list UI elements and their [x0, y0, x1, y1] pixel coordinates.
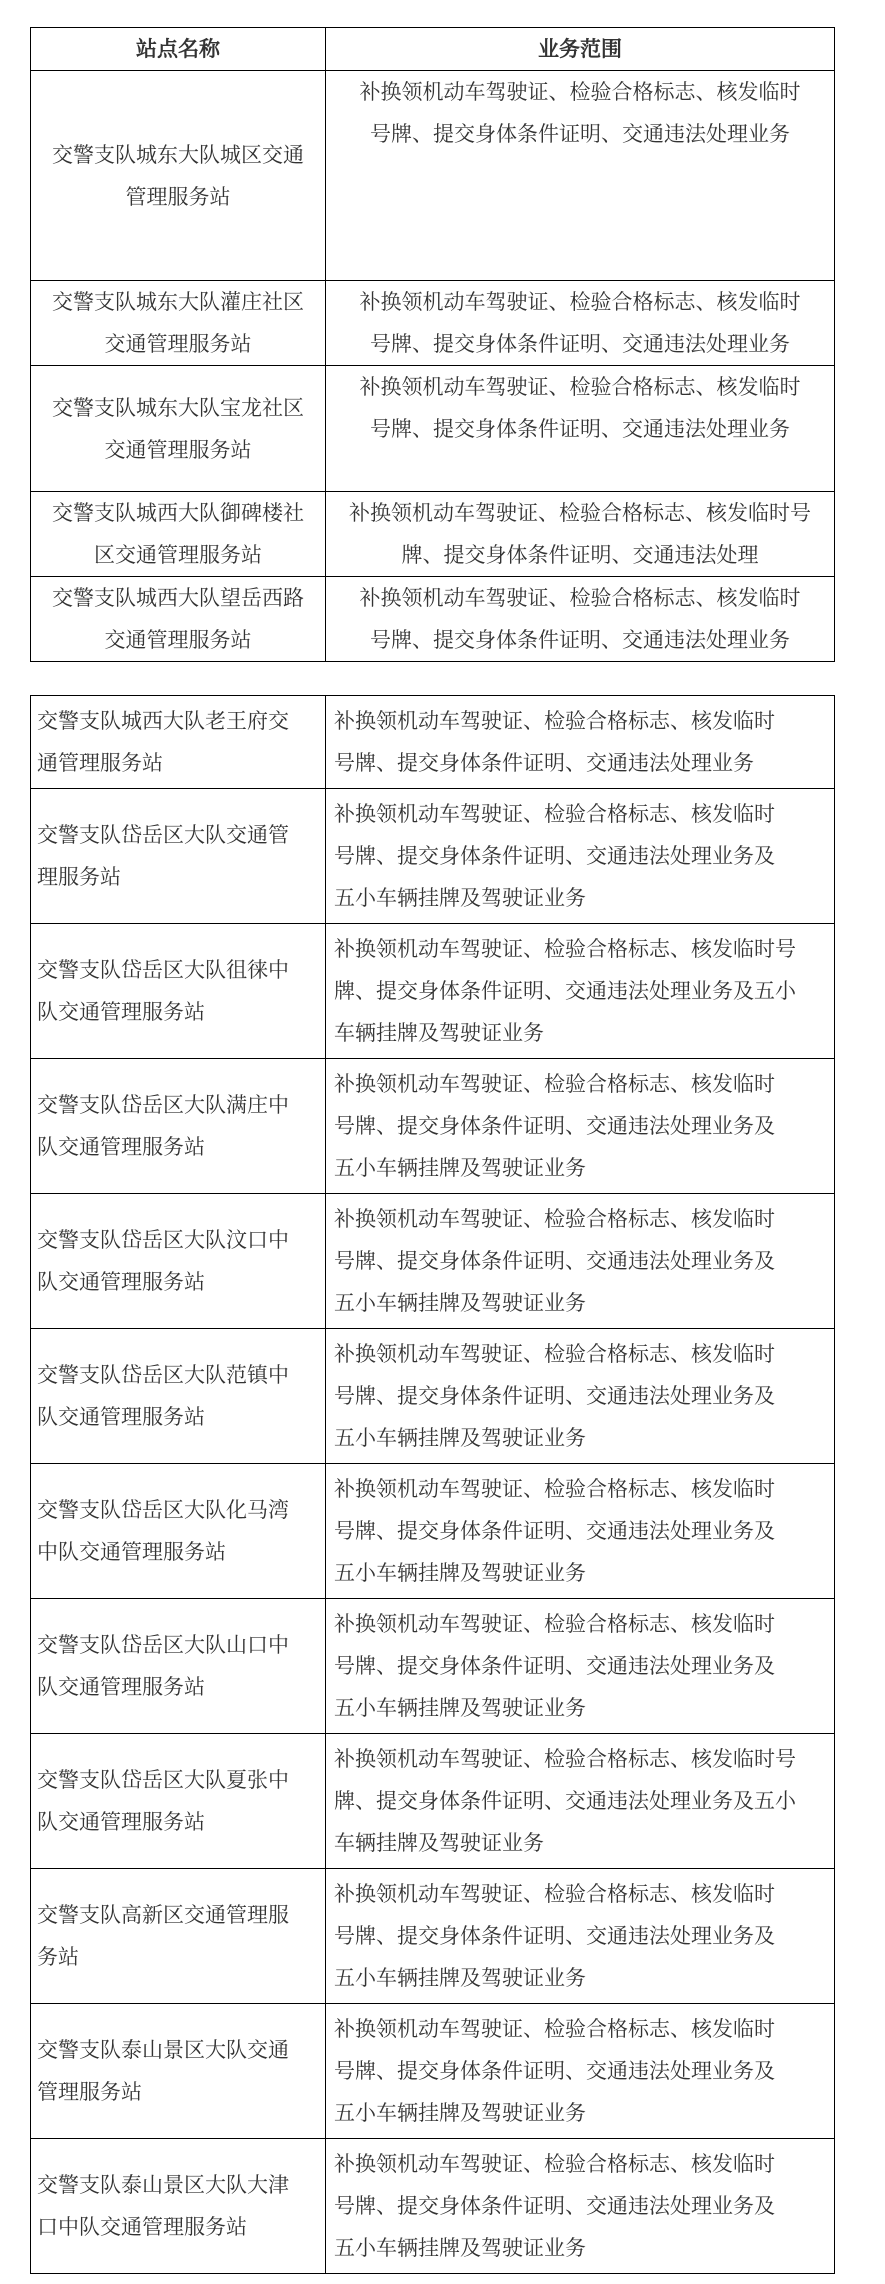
business-scope-cell: 补换领机动车驾驶证、检验合格标志、核发临时 号牌、提交身体条件证明、交通违法处理…: [326, 366, 835, 492]
business-scope-cell: 补换领机动车驾驶证、检验合格标志、核发临时 号牌、提交身体条件证明、交通违法处理…: [326, 696, 835, 789]
business-scope-cell: 补换领机动车驾驶证、检验合格标志、核发临时 号牌、提交身体条件证明、交通违法处理…: [326, 1329, 835, 1464]
table-row: 交警支队城西大队御碑楼社 区交通管理服务站 补换领机动车驾驶证、检验合格标志、核…: [31, 492, 835, 577]
table-row: 交警支队岱岳区大队满庄中 队交通管理服务站 补换领机动车驾驶证、检验合格标志、核…: [31, 1059, 835, 1194]
business-scope-cell: 补换领机动车驾驶证、检验合格标志、核发临时 号牌、提交身体条件证明、交通违法处理…: [326, 71, 835, 281]
station-name-cell: 交警支队城西大队老王府交 通管理服务站: [31, 696, 326, 789]
business-scope-cell: 补换领机动车驾驶证、检验合格标志、核发临时 号牌、提交身体条件证明、交通违法处理…: [326, 1464, 835, 1599]
table-row: 交警支队泰山景区大队交通 管理服务站 补换领机动车驾驶证、检验合格标志、核发临时…: [31, 2004, 835, 2139]
table-row: 交警支队城西大队老王府交 通管理服务站 补换领机动车驾驶证、检验合格标志、核发临…: [31, 696, 835, 789]
station-name-cell: 交警支队岱岳区大队化马湾 中队交通管理服务站: [31, 1464, 326, 1599]
business-scope-header: 业务范围: [326, 28, 835, 71]
table-row: 交警支队城东大队宝龙社区 交通管理服务站 补换领机动车驾驶证、检验合格标志、核发…: [31, 366, 835, 492]
business-scope-cell: 补换领机动车驾驶证、检验合格标志、核发临时号 牌、提交身体条件证明、交通违法处理…: [326, 1734, 835, 1869]
table-row: 交警支队岱岳区大队化马湾 中队交通管理服务站 补换领机动车驾驶证、检验合格标志、…: [31, 1464, 835, 1599]
table-row: 交警支队城东大队城区交通 管理服务站 补换领机动车驾驶证、检验合格标志、核发临时…: [31, 71, 835, 281]
station-name-cell: 交警支队高新区交通管理服 务站: [31, 1869, 326, 2004]
business-scope-cell: 补换领机动车驾驶证、检验合格标志、核发临时 号牌、提交身体条件证明、交通违法处理…: [326, 2139, 835, 2274]
table-row: 交警支队高新区交通管理服 务站 补换领机动车驾驶证、检验合格标志、核发临时 号牌…: [31, 1869, 835, 2004]
station-table-1: 站点名称 业务范围 交警支队城东大队城区交通 管理服务站 补换领机动车驾驶证、检…: [30, 27, 835, 662]
business-scope-cell: 补换领机动车驾驶证、检验合格标志、核发临时 号牌、提交身体条件证明、交通违法处理…: [326, 577, 835, 662]
business-scope-cell: 补换领机动车驾驶证、检验合格标志、核发临时号 牌、提交身体条件证明、交通违法处理…: [326, 924, 835, 1059]
station-name-cell: 交警支队城东大队宝龙社区 交通管理服务站: [31, 366, 326, 492]
station-name-cell: 交警支队城西大队望岳西路 交通管理服务站: [31, 577, 326, 662]
table-row: 交警支队岱岳区大队汶口中 队交通管理服务站 补换领机动车驾驶证、检验合格标志、核…: [31, 1194, 835, 1329]
table-row: 交警支队泰山景区大队大津 口中队交通管理服务站 补换领机动车驾驶证、检验合格标志…: [31, 2139, 835, 2274]
business-scope-cell: 补换领机动车驾驶证、检验合格标志、核发临时 号牌、提交身体条件证明、交通违法处理…: [326, 2004, 835, 2139]
station-name-cell: 交警支队岱岳区大队夏张中 队交通管理服务站: [31, 1734, 326, 1869]
station-table-2: 交警支队城西大队老王府交 通管理服务站 补换领机动车驾驶证、检验合格标志、核发临…: [30, 695, 835, 2274]
table-row: 交警支队城东大队灌庄社区 交通管理服务站 补换领机动车驾驶证、检验合格标志、核发…: [31, 281, 835, 366]
table-header-row: 站点名称 业务范围: [31, 28, 835, 71]
table-row: 交警支队岱岳区大队徂徕中 队交通管理服务站 补换领机动车驾驶证、检验合格标志、核…: [31, 924, 835, 1059]
business-scope-cell: 补换领机动车驾驶证、检验合格标志、核发临时 号牌、提交身体条件证明、交通违法处理…: [326, 1599, 835, 1734]
station-name-cell: 交警支队岱岳区大队汶口中 队交通管理服务站: [31, 1194, 326, 1329]
table-row: 交警支队城西大队望岳西路 交通管理服务站 补换领机动车驾驶证、检验合格标志、核发…: [31, 577, 835, 662]
station-name-cell: 交警支队岱岳区大队山口中 队交通管理服务站: [31, 1599, 326, 1734]
station-name-cell: 交警支队岱岳区大队满庄中 队交通管理服务站: [31, 1059, 326, 1194]
table-row: 交警支队岱岳区大队山口中 队交通管理服务站 补换领机动车驾驶证、检验合格标志、核…: [31, 1599, 835, 1734]
page: 站点名称 业务范围 交警支队城东大队城区交通 管理服务站 补换领机动车驾驶证、检…: [0, 0, 885, 2284]
table-row: 交警支队岱岳区大队交通管 理服务站 补换领机动车驾驶证、检验合格标志、核发临时 …: [31, 789, 835, 924]
business-scope-cell: 补换领机动车驾驶证、检验合格标志、核发临时 号牌、提交身体条件证明、交通违法处理…: [326, 1059, 835, 1194]
station-name-cell: 交警支队城东大队灌庄社区 交通管理服务站: [31, 281, 326, 366]
table-gap: [30, 662, 885, 695]
business-scope-cell: 补换领机动车驾驶证、检验合格标志、核发临时 号牌、提交身体条件证明、交通违法处理…: [326, 1194, 835, 1329]
station-name-cell: 交警支队岱岳区大队范镇中 队交通管理服务站: [31, 1329, 326, 1464]
station-name-header: 站点名称: [31, 28, 326, 71]
station-name-cell: 交警支队城东大队城区交通 管理服务站: [31, 71, 326, 281]
station-name-cell: 交警支队岱岳区大队徂徕中 队交通管理服务站: [31, 924, 326, 1059]
station-name-cell: 交警支队泰山景区大队交通 管理服务站: [31, 2004, 326, 2139]
station-name-cell: 交警支队岱岳区大队交通管 理服务站: [31, 789, 326, 924]
station-name-cell: 交警支队泰山景区大队大津 口中队交通管理服务站: [31, 2139, 326, 2274]
table-row: 交警支队岱岳区大队范镇中 队交通管理服务站 补换领机动车驾驶证、检验合格标志、核…: [31, 1329, 835, 1464]
table-row: 交警支队岱岳区大队夏张中 队交通管理服务站 补换领机动车驾驶证、检验合格标志、核…: [31, 1734, 835, 1869]
business-scope-cell: 补换领机动车驾驶证、检验合格标志、核发临时 号牌、提交身体条件证明、交通违法处理…: [326, 789, 835, 924]
business-scope-cell: 补换领机动车驾驶证、检验合格标志、核发临时 号牌、提交身体条件证明、交通违法处理…: [326, 281, 835, 366]
business-scope-cell: 补换领机动车驾驶证、检验合格标志、核发临时 号牌、提交身体条件证明、交通违法处理…: [326, 1869, 835, 2004]
station-name-cell: 交警支队城西大队御碑楼社 区交通管理服务站: [31, 492, 326, 577]
business-scope-cell: 补换领机动车驾驶证、检验合格标志、核发临时号 牌、提交身体条件证明、交通违法处理: [326, 492, 835, 577]
